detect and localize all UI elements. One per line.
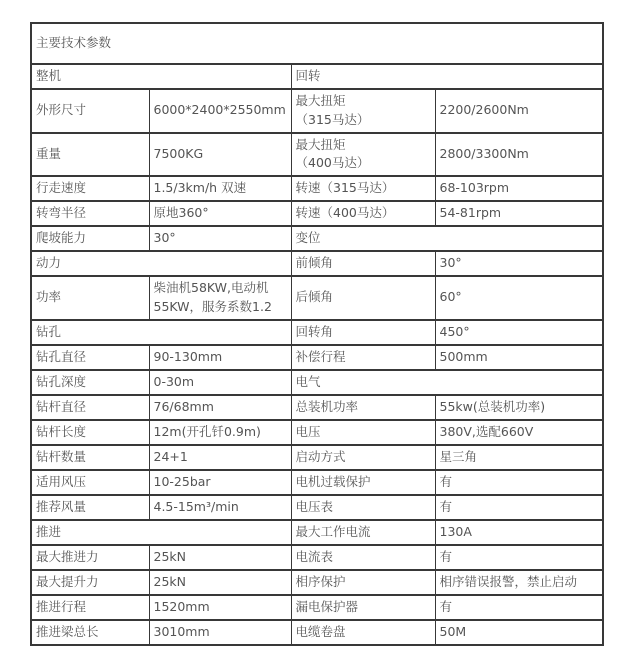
spec-label-cell: 钻杆数量 <box>31 445 149 470</box>
spec-value-cell: 25kN <box>149 570 291 595</box>
table-row: 推荐风量4.5-15m³/min电压表有 <box>31 495 603 520</box>
section-header-cell: 变位 <box>291 226 603 251</box>
spec-value-cell: 柴油机58KW,电动机55KW，服务系数1.2 <box>149 276 291 320</box>
spec-value-cell: 68-103rpm <box>435 176 603 201</box>
spec-label-cell: 钻孔深度 <box>31 370 149 395</box>
spec-label-cell: 电压 <box>291 420 435 445</box>
spec-value-cell: 有 <box>435 470 603 495</box>
spec-value-cell: 10-25bar <box>149 470 291 495</box>
spec-label-cell: 转弯半径 <box>31 201 149 226</box>
table-row: 整机回转 <box>31 64 603 89</box>
spec-label-cell: 适用风压 <box>31 470 149 495</box>
spec-value-cell: 星三角 <box>435 445 603 470</box>
spec-value-cell: 25kN <box>149 545 291 570</box>
spec-value-cell: 30° <box>149 226 291 251</box>
spec-label-cell: 转速（400马达） <box>291 201 435 226</box>
spec-label-cell: 电流表 <box>291 545 435 570</box>
table-row: 重量7500KG最大扭矩 （400马达）2800/3300Nm <box>31 133 603 177</box>
table-row: 功率柴油机58KW,电动机55KW，服务系数1.2后倾角60° <box>31 276 603 320</box>
spec-label-cell: 最大推进力 <box>31 545 149 570</box>
spec-label-cell: 行走速度 <box>31 176 149 201</box>
section-header-cell: 钻孔 <box>31 320 291 345</box>
spec-value-cell: 50M <box>435 620 603 645</box>
spec-label-cell: 转速（315马达） <box>291 176 435 201</box>
spec-value-cell: 2800/3300Nm <box>435 133 603 177</box>
section-header-cell: 整机 <box>31 64 291 89</box>
spec-value-cell: 55kw(总装机功率) <box>435 395 603 420</box>
spec-table-body: 主要技术参数整机回转外形尺寸6000*2400*2550mm最大扭矩 （315马… <box>31 23 603 645</box>
spec-label-cell: 钻杆长度 <box>31 420 149 445</box>
table-row: 最大推进力25kN电流表有 <box>31 545 603 570</box>
table-title-cell: 主要技术参数 <box>31 23 603 64</box>
spec-value-cell: 60° <box>435 276 603 320</box>
section-header-cell: 动力 <box>31 251 291 276</box>
table-row: 钻杆直径76/68mm总装机功率55kw(总装机功率) <box>31 395 603 420</box>
table-row: 转弯半径原地360°转速（400马达）54-81rpm <box>31 201 603 226</box>
spec-label-cell: 推进行程 <box>31 595 149 620</box>
spec-label-cell: 外形尺寸 <box>31 89 149 133</box>
table-row: 行走速度1.5/3km/h 双速转速（315马达）68-103rpm <box>31 176 603 201</box>
spec-label-cell: 电机过载保护 <box>291 470 435 495</box>
spec-label-cell: 最大工作电流 <box>291 520 435 545</box>
spec-label-cell: 功率 <box>31 276 149 320</box>
spec-value-cell: 原地360° <box>149 201 291 226</box>
spec-value-cell: 24+1 <box>149 445 291 470</box>
spec-label-cell: 重量 <box>31 133 149 177</box>
spec-label-cell: 启动方式 <box>291 445 435 470</box>
spec-label-cell: 后倾角 <box>291 276 435 320</box>
table-row: 最大提升力25kN相序保护相序错误报警，禁止启动 <box>31 570 603 595</box>
table-row: 动力前倾角30° <box>31 251 603 276</box>
spec-label-cell: 电压表 <box>291 495 435 520</box>
spec-value-cell: 12m(开孔钎0.9m) <box>149 420 291 445</box>
spec-value-cell: 0-30m <box>149 370 291 395</box>
spec-label-cell: 钻杆直径 <box>31 395 149 420</box>
table-row: 外形尺寸6000*2400*2550mm最大扭矩 （315马达）2200/260… <box>31 89 603 133</box>
table-row: 推进最大工作电流130A <box>31 520 603 545</box>
spec-value-cell: 130A <box>435 520 603 545</box>
spec-label-cell: 总装机功率 <box>291 395 435 420</box>
spec-label-cell: 最大扭矩 （315马达） <box>291 89 435 133</box>
table-row: 主要技术参数 <box>31 23 603 64</box>
spec-value-cell: 76/68mm <box>149 395 291 420</box>
spec-value-cell: 90-130mm <box>149 345 291 370</box>
spec-label-cell: 漏电保护器 <box>291 595 435 620</box>
table-row: 爬坡能力30°变位 <box>31 226 603 251</box>
section-header-cell: 推进 <box>31 520 291 545</box>
spec-label-cell: 前倾角 <box>291 251 435 276</box>
table-row: 钻孔深度0-30m电气 <box>31 370 603 395</box>
spec-label-cell: 钻孔直径 <box>31 345 149 370</box>
spec-value-cell: 3010mm <box>149 620 291 645</box>
spec-label-cell: 爬坡能力 <box>31 226 149 251</box>
spec-value-cell: 有 <box>435 545 603 570</box>
section-header-cell: 电气 <box>291 370 603 395</box>
spec-value-cell: 1.5/3km/h 双速 <box>149 176 291 201</box>
spec-table-container: 主要技术参数整机回转外形尺寸6000*2400*2550mm最大扭矩 （315马… <box>0 0 627 646</box>
spec-value-cell: 7500KG <box>149 133 291 177</box>
table-row: 钻孔直径90-130mm补偿行程500mm <box>31 345 603 370</box>
spec-value-cell: 1520mm <box>149 595 291 620</box>
spec-label-cell: 电缆卷盘 <box>291 620 435 645</box>
spec-value-cell: 4.5-15m³/min <box>149 495 291 520</box>
spec-value-cell: 6000*2400*2550mm <box>149 89 291 133</box>
table-row: 适用风压10-25bar电机过载保护有 <box>31 470 603 495</box>
spec-value-cell: 2200/2600Nm <box>435 89 603 133</box>
spec-value-cell: 有 <box>435 495 603 520</box>
spec-value-cell: 450° <box>435 320 603 345</box>
spec-label-cell: 最大提升力 <box>31 570 149 595</box>
spec-label-cell: 最大扭矩 （400马达） <box>291 133 435 177</box>
spec-label-cell: 补偿行程 <box>291 345 435 370</box>
table-row: 推进梁总长3010mm电缆卷盘50M <box>31 620 603 645</box>
spec-value-cell: 有 <box>435 595 603 620</box>
spec-value-cell: 相序错误报警，禁止启动 <box>435 570 603 595</box>
spec-label-cell: 推荐风量 <box>31 495 149 520</box>
spec-value-cell: 30° <box>435 251 603 276</box>
spec-label-cell: 相序保护 <box>291 570 435 595</box>
spec-label-cell: 回转角 <box>291 320 435 345</box>
spec-table: 主要技术参数整机回转外形尺寸6000*2400*2550mm最大扭矩 （315马… <box>30 22 604 646</box>
spec-label-cell: 推进梁总长 <box>31 620 149 645</box>
spec-value-cell: 380V,选配660V <box>435 420 603 445</box>
table-row: 推进行程1520mm漏电保护器有 <box>31 595 603 620</box>
spec-value-cell: 54-81rpm <box>435 201 603 226</box>
spec-value-cell: 500mm <box>435 345 603 370</box>
table-row: 钻孔回转角450° <box>31 320 603 345</box>
table-row: 钻杆长度12m(开孔钎0.9m)电压380V,选配660V <box>31 420 603 445</box>
section-header-cell: 回转 <box>291 64 603 89</box>
table-row: 钻杆数量24+1启动方式星三角 <box>31 445 603 470</box>
